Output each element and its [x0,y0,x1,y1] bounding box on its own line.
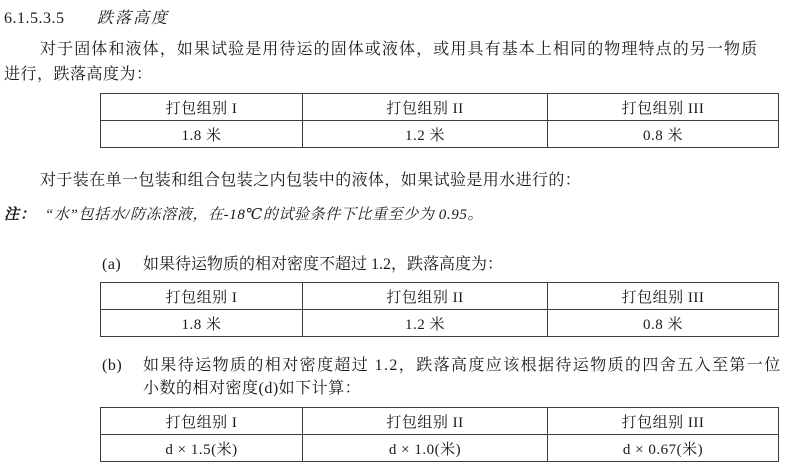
list-item-b: (b)如果待运物质的相对密度超过 1.2，跌落高度应该根据待运物质的四舍五入至第… [102,352,782,375]
table-header-cell: 打包组别 II [303,283,548,310]
drop-height-table-solids: 打包组别 I 打包组别 II 打包组别 III 1.8 米 1.2 米 0.8 … [100,93,779,148]
list-item-b-label: (b) [102,357,143,375]
table-header-row: 打包组别 I 打包组别 II 打包组别 III [101,94,779,121]
paragraph-1-line-2: 进行，跌落高度为： [4,61,153,84]
table-value-cell: 1.8 米 [101,310,303,337]
drop-height-table-density-gt-1-2: 打包组别 I 打包组别 II 打包组别 III d × 1.5(米) d × 1… [100,407,779,462]
table-value-cell: 1.2 米 [303,121,548,148]
table-header-cell: 打包组别 III [548,94,779,121]
section-title: 跌落高度 [97,10,169,27]
section-number: 6.1.5.3.5 [4,10,97,28]
table-header-cell: 打包组别 III [548,408,779,435]
table-value-cell: 0.8 米 [548,121,779,148]
document-page: 6.1.5.3.5跌落高度 对于固体和液体，如果试验是用待运的固体或液体，或用具… [0,0,799,472]
table-header-row: 打包组别 I 打包组别 II 打包组别 III [101,408,779,435]
note-label: 注： [4,207,36,223]
table-header-cell: 打包组别 II [303,408,548,435]
table-value-cell: 0.8 米 [548,310,779,337]
table-header-cell: 打包组别 I [101,94,303,121]
table-value-cell: d × 0.67(米) [548,435,779,462]
table-value-cell: 1.8 米 [101,121,303,148]
table-header-cell: 打包组别 I [101,283,303,310]
table-value-row: d × 1.5(米) d × 1.0(米) d × 0.67(米) [101,435,779,462]
table-header-cell: 打包组别 III [548,283,779,310]
note-line: 注：“水”包括水/防冻溶液，在-18℃的试验条件下比重至少为 0.95。 [4,203,483,224]
section-heading: 6.1.5.3.5跌落高度 [4,5,169,28]
table-value-row: 1.8 米 1.2 米 0.8 米 [101,310,779,337]
table-value-row: 1.8 米 1.2 米 0.8 米 [101,121,779,148]
list-item-b-text-line-1: 如果待运物质的相对密度超过 1.2，跌落高度应该根据待运物质的四舍五入至第一位 [143,357,782,374]
paragraph-1-line-1: 对于固体和液体，如果试验是用待运的固体或液体，或用具有基本上相同的物理特点的另一… [40,36,758,59]
table-header-cell: 打包组别 II [303,94,548,121]
list-item-a-text: 如果待运物质的相对密度不超过 1.2，跌落高度为： [143,256,503,273]
paragraph-2: 对于装在单一包装和组合包装之内包装中的液体，如果试验是用水进行的： [40,167,581,190]
note-text: “水”包括水/防冻溶液，在-18℃的试验条件下比重至少为 0.95。 [45,207,483,223]
drop-height-table-density-le-1-2: 打包组别 I 打包组别 II 打包组别 III 1.8 米 1.2 米 0.8 … [100,282,779,337]
table-header-row: 打包组别 I 打包组别 II 打包组别 III [101,283,779,310]
table-value-cell: d × 1.0(米) [303,435,548,462]
list-item-a: (a)如果待运物质的相对密度不超过 1.2，跌落高度为： [102,251,503,274]
table-value-cell: d × 1.5(米) [101,435,303,462]
table-header-cell: 打包组别 I [101,408,303,435]
list-item-a-label: (a) [102,256,143,274]
table-value-cell: 1.2 米 [303,310,548,337]
list-item-b-text-line-2: 小数的相对密度(d)如下计算： [143,375,361,398]
